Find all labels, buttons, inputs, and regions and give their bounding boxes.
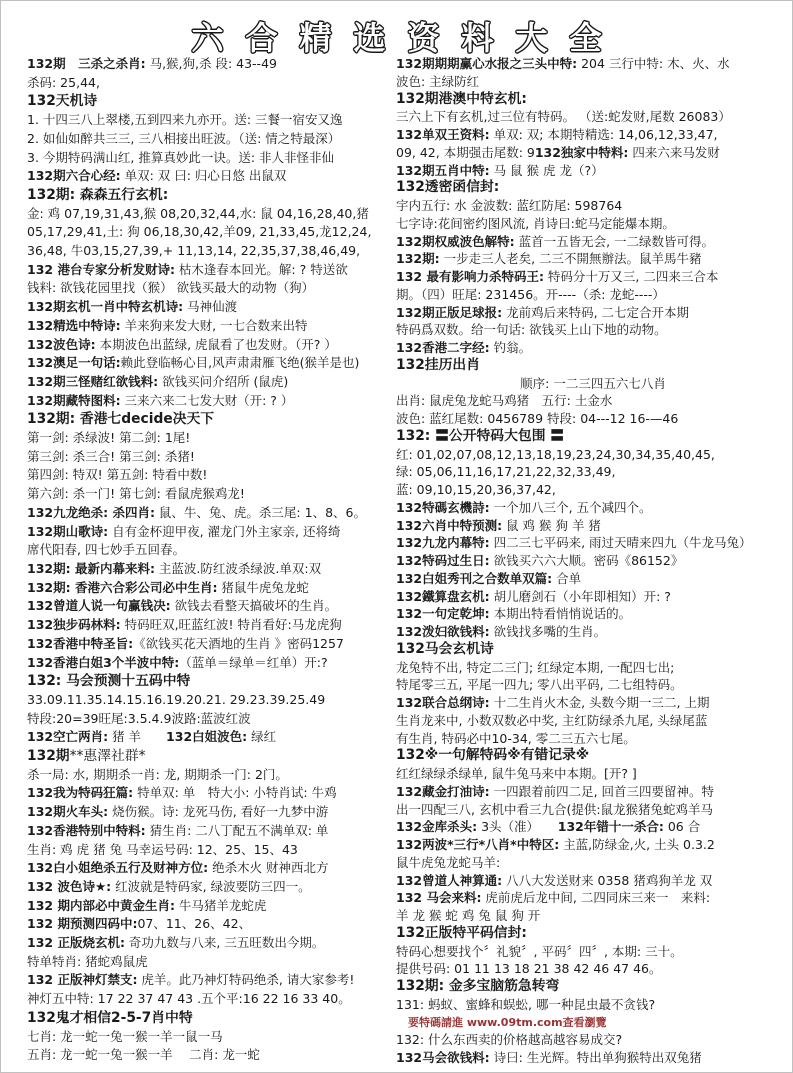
text-line: 132期正版足球报: 龙前鸡后来特码, 二七定合开本期	[396, 304, 790, 322]
line-text: 204 三行中特: 木、火、水	[577, 56, 730, 71]
line-bold-text: 132期期期赢心水报之三头中特:	[396, 56, 577, 71]
text-line: 波色: 主绿防红	[396, 73, 790, 91]
text-line: 132 期预测四码中:07、11、26、42、	[27, 915, 396, 934]
text-line: 132※一句解特码※有错记录※	[396, 747, 790, 765]
text-line: 132挂历出肖	[396, 357, 790, 375]
line-text: 猜生肖: 二八丁配五不满单双: 单	[146, 823, 329, 838]
line-text: 马,猴,狗,杀 段: 43--49	[146, 56, 277, 71]
line-text: 欲钱找多嘴的生肖。	[490, 624, 606, 639]
line-text: 06 合	[664, 819, 700, 834]
line-text: 杀一局: 水, 期期杀一肖: 龙, 期期杀一门: 2门。	[27, 767, 288, 782]
line-text: 鼠牛虎兔龙蛇马羊:	[396, 855, 500, 870]
text-line: 132期六合心经: 单双: 双 曰: 归心日悠 出鼠双	[27, 167, 396, 186]
text-line: 七字诗:花间密约图风流, 肖诗曰:蛇马定能爆本期。	[396, 215, 790, 233]
line-text: 出一四配三八, 玄机中看三九合(提供:鼠龙猴猪兔蛇鸡羊马	[396, 802, 713, 817]
line-text: 枯木逢春本回光。解: ? 特送欲	[175, 262, 348, 277]
line-text: 席代阳春, 四七妙手五回春。	[27, 542, 185, 557]
line-bold-text: 132泼妇欲钱料:	[396, 624, 490, 639]
text-line: 杀码: 25,44,	[27, 74, 396, 93]
line-bold-text: 132期: 金多宝脑筋急转弯	[396, 978, 559, 994]
text-line: 33.09.11.35.14.15.16.19.20.21. 29.23.39.…	[27, 691, 396, 710]
line-text: 一四跟着前四二足, 回首三四要留神。特	[490, 784, 714, 799]
text-line: 132特碼玄機詩: 一个加八三个, 五个减四个。	[396, 499, 790, 517]
text-line: 波色: 蓝红尾数: 0456789 特段: 04---12 16-—46	[396, 410, 790, 428]
line-text: 本期出特看悄悄说话的。	[490, 606, 631, 621]
line-bold-text: 132期六合心经:	[27, 168, 121, 183]
line-text: 波色: 主绿防红	[396, 74, 479, 89]
line-text: （蓝单＝绿单＝红单）开:?	[179, 655, 327, 670]
text-line: 132期五肖中特: 马 鼠 猴 虎 龙（?）	[396, 162, 790, 180]
text-line: 1. 十四三八上翠楼,五到四来九亦开。送: 三餐一宿安又逸	[27, 111, 396, 130]
line-text: 鼠 鸡 猴 狗 羊 猪	[502, 518, 601, 533]
text-line: 2. 如仙如醉共三三, 三八相接出旺波。（送: 情之特最深）	[27, 130, 396, 149]
text-line: 132期: 香港六合彩公司必中生肖: 猪鼠牛虎兔龙蛇	[27, 579, 396, 598]
line-text: 宇内五行: 水 金波数: 蓝红防尾: 598764	[396, 198, 622, 213]
line-bold-text: 132联合总纲诗:	[396, 695, 490, 710]
line-text: 羊 龙 猴 蛇 鸡 兔 鼠 狗 开	[396, 908, 540, 923]
line-text: 132: 什么东西卖的价格越高越容易成交?	[396, 1032, 622, 1047]
line-text: 单双: 双; 本期特精选: 14,06,12,33,47,	[490, 127, 718, 142]
line-text: 龙兔特不出, 特定二三门; 红绿定本期, 一配四七出;	[396, 660, 674, 675]
line-bold-text: 132期五肖中特:	[396, 163, 490, 178]
line-bold-text: 132 期预测四码中:	[27, 916, 137, 931]
text-line: 132九龙内幕特: 四二三七平码来, 雨过天晴来四九（牛龙马兔）	[396, 534, 790, 552]
line-text: 2. 如仙如醉共三三, 三八相接出旺波。（送: 情之特最深）	[27, 131, 340, 146]
line-bold-text: 132曾道人神算通:	[396, 873, 502, 888]
line-text: 欲钱买六六大顺。密码《86152》	[490, 553, 684, 568]
line-bold-text: 132期港澳中特玄机:	[396, 91, 527, 107]
line-bold-text: 132精选中特诗:	[27, 318, 121, 333]
document-page: 六合精选资料大全 132期 三杀之杀肖: 马,猴,狗,杀 段: 43--49杀码…	[0, 0, 793, 1073]
line-text: 马 鼠 猴 虎 龙（?）	[490, 163, 604, 178]
text-line: 132期权威波色解特: 蓝首一五皆无会, 一二绿数皆可得。	[396, 233, 790, 251]
text-line: 132期: 森森五行玄机:	[27, 186, 396, 205]
text-line: 金: 鸡 07,19,31,43,猴 08,20,32,44,水: 鼠 04,1…	[27, 205, 396, 224]
line-text: 自有金杯迎甲夜, 濯龙门外主家亲, 还将绮	[108, 524, 340, 539]
text-line: 132澳足一句话:赖此登临畅心目,风声肃肃雁飞绝(猴羊是也)	[27, 354, 396, 373]
line-text: 八八大发送财来 0358 猪鸡狗羊龙 双	[502, 873, 712, 888]
text-line: 第四剑: 特双! 第五剑: 特看中数!	[27, 466, 396, 485]
line-text: 33.09.11.35.14.15.16.19.20.21. 29.23.39.…	[27, 692, 325, 707]
text-line: 132 波色诗★: 红波就是特码家, 绿波要防三四一。	[27, 878, 396, 897]
line-text: 特尾零三五, 平尾一四九; 零八出平码, 二七组特码。	[396, 677, 683, 692]
line-text: 欲钱买问介绍所 (鼠虎)	[158, 374, 288, 389]
text-line: 生肖: 鸡 虎 猪 兔 马幸运号码: 12、25、15、43	[27, 841, 396, 860]
line-text: 神灯五中特: 17 22 37 47 43 .五个平:16 22 16 33 4…	[27, 991, 351, 1006]
line-bold-text: 132九龙绝杀: 杀四肖:	[27, 505, 155, 520]
line-bold-text: 132期三怪赌红欲钱料:	[27, 374, 158, 389]
text-line: 第一剑: 杀绿波! 第二剑: 1尾!	[27, 429, 396, 448]
text-line: 有生肖, 特码必中10-34, 零二三五六七尾。	[396, 730, 790, 748]
line-bold-text: 132波色诗:	[27, 337, 96, 352]
text-line: 132独步码林料: 特码旺双,旺蓝红波! 特肖看好:马龙虎狗	[27, 616, 396, 635]
line-text: 主蓝,防绿金,火, 土头 0.3.2	[559, 837, 715, 852]
text-line: 132金库杀头: 3头（准） 132年错十一杀合: 06 合	[396, 818, 790, 836]
line-bold-text: 132曾道人说一句赢钱决:	[27, 598, 171, 613]
line-text: 3. 今期特码满山红, 推算真妙此一诀。送: 非人非怪非仙	[27, 150, 334, 165]
content-columns: 132期 三杀之杀肖: 马,猴,狗,杀 段: 43--49杀码: 25,44,1…	[1, 55, 792, 1067]
text-line: 132马会欲钱料: 诗曰: 生光辉。特出单狗猴特出双兔猪	[396, 1049, 790, 1067]
line-text: 出肖: 鼠虎兔龙蛇马鸡猪 五行: 土金水	[396, 393, 612, 408]
text-line: 席代阳春, 四七妙手五回春。	[27, 541, 396, 560]
text-line: 132 期内部必中黄金生肖: 牛马猪羊龙蛇虎	[27, 897, 396, 916]
text-line: 蓝: 09,10,15,20,36,37,42,	[396, 481, 790, 499]
line-bold-text: 132 马会来料:	[396, 890, 481, 905]
line-text: 单双: 双 曰: 归心日悠 出鼠双	[121, 168, 287, 183]
text-line: 132 港台专家分析发财诗: 枯木逢春本回光。解: ? 特送欲	[27, 261, 396, 280]
line-text: 第四剑: 特双! 第五剑: 特看中数!	[27, 467, 207, 482]
line-text: 一步走三人老矣, 二三不開無辦法。鼠羊馬牛豬	[440, 251, 702, 266]
line-text: 三六上下有玄机,过三位有特码。 （送:蛇发财,尾数 26083）	[396, 109, 731, 124]
text-line: 132藏金打油诗: 一四跟着前四二足, 回首三四要留神。特	[396, 783, 790, 801]
line-bold-text: 132期 三杀之杀肖:	[27, 56, 146, 71]
line-text: 有生肖, 特码必中10-34, 零二三五六七尾。	[396, 731, 636, 746]
text-line: 132精选中特诗: 羊来狗来发大财, 一七合数来出特	[27, 317, 396, 336]
text-line: 绿: 05,06,11,16,17,21,22,32,33,49,	[396, 463, 790, 481]
line-text: 特码旺双,旺蓝红波! 特肖看好:马龙虎狗	[121, 617, 342, 632]
line-bold-text: 132香港二字经:	[396, 340, 490, 355]
text-line: 132: 什么东西卖的价格越高越容易成交?	[396, 1031, 790, 1049]
line-text: 虎前虎后龙中间, 二四同床三来一 来料:	[481, 890, 710, 905]
line-bold-text: 132我为特码狂篇:	[27, 785, 133, 800]
line-bold-text: 132六肖中特预测:	[396, 518, 502, 533]
line-bold-text: 132空亡两肖:	[27, 729, 108, 744]
line-bold-text: 132特码过生日:	[396, 553, 490, 568]
line-bold-text: 132白小姐绝杀五行及财神方位:	[27, 860, 208, 875]
line-text: 特码爲双数。给一句话: 欲钱买上山下地的动物。	[396, 322, 667, 337]
text-line: 36,48, 牛03,15,27,39,+ 11,13,14, 22,35,37…	[27, 242, 396, 261]
line-bold-text: 132期山歌诗:	[27, 524, 108, 539]
line-text: 波色: 蓝红尾数: 0456789 特段: 04---12 16-—46	[396, 411, 678, 426]
line-text: 期。（四）旺尾: 231456。开----（杀: 龙蛇----）	[396, 287, 665, 302]
text-line: 杀一局: 水, 期期杀一肖: 龙, 期期杀一门: 2门。	[27, 766, 396, 785]
text-line: 特码爲双数。给一句话: 欲钱买上山下地的动物。	[396, 321, 790, 339]
line-text: 1. 十四三八上翠楼,五到四来九亦开。送: 三餐一宿安又逸	[27, 112, 343, 127]
line-text: 三来六来二七发大财（开: ? ）	[121, 393, 294, 408]
line-bold-text: 132一句定乾坤:	[396, 606, 490, 621]
text-line: 132期期期赢心水报之三头中特: 204 三行中特: 木、火、水	[396, 55, 790, 73]
text-line: 132期山歌诗: 自有金杯迎甲夜, 濯龙门外主家亲, 还将绮	[27, 523, 396, 542]
text-line: 132马会玄机诗	[396, 641, 790, 659]
text-line: 132六肖中特预测: 鼠 鸡 猴 狗 羊 猪	[396, 517, 790, 535]
line-text: 第六剑: 杀一门! 第七剑: 看鼠虎猴鸡龙!	[27, 486, 245, 501]
text-line: 132期: 金多宝脑筋急转弯	[396, 978, 790, 996]
line-text: 虎羊。此乃神灯特码绝杀, 请大家参考!	[137, 972, 354, 987]
left-column: 132期 三杀之杀肖: 马,猴,狗,杀 段: 43--49杀码: 25,44,1…	[27, 55, 396, 1065]
line-bold-text: 132挂历出肖	[396, 357, 480, 373]
text-line: 顺序: 一二三四五六七八肖	[396, 375, 790, 393]
text-line: 131: 蚂蚁、蜜蜂和蜈蚣, 哪一种昆虫最不贪钱?	[396, 996, 790, 1014]
line-bold-text: 132年错十一杀合:	[558, 819, 664, 834]
line-text: 绿: 05,06,11,16,17,21,22,32,33,49,	[396, 464, 615, 479]
text-line: 龙兔特不出, 特定二三门; 红绿定本期, 一配四七出;	[396, 659, 790, 677]
line-text: 七字诗:花间密约图风流, 肖诗曰:蛇马定能爆本期。	[396, 216, 675, 231]
line-text: 杀码: 25,44,	[27, 75, 100, 90]
text-line: 132 马会来料: 虎前虎后龙中间, 二四同床三来一 来料:	[396, 889, 790, 907]
line-text: 欲钱去看整天搞破坏的生肖。	[171, 598, 337, 613]
line-text: 生肖: 鸡 虎 猪 兔 马幸运号码: 12、25、15、43	[27, 842, 298, 857]
line-text: 合单	[552, 571, 581, 586]
line-bold-text: 132期火车头:	[27, 804, 108, 819]
text-line: 132香港二字经: 钓翁。	[396, 339, 790, 357]
page-title: 六合精选资料大全	[1, 1, 792, 55]
line-bold-text: 132 港台专家分析发财诗:	[27, 262, 175, 277]
text-line: 132期藏特图料: 三来六来二七发大财（开: ? ）	[27, 392, 396, 411]
line-text: 赖此登临畅心目,风声肃肃雁飞绝(猴羊是也)	[121, 355, 360, 370]
text-line: 神灯五中特: 17 22 37 47 43 .五个平:16 22 16 33 4…	[27, 990, 396, 1009]
line-text: 烧伤猴。诗: 龙死马伤, 看好一九梦中游	[108, 804, 328, 819]
text-line: 132: 马会预测十五码中特	[27, 672, 396, 691]
text-line: 132期: 一步走三人老矣, 二三不開無辦法。鼠羊馬牛豬	[396, 250, 790, 268]
line-bold-text: 132透密函信封:	[396, 179, 499, 195]
line-text: 龙前鸡后来特码, 二七定合开本期	[502, 305, 689, 320]
line-bold-text: 132期: 森森五行玄机:	[27, 187, 168, 203]
text-line: 特码心想要找个〞礼貌〞, 平码〞四〞, 本期: 三十。	[396, 943, 790, 961]
line-bold-text: 132 正版神灯禁支:	[27, 972, 137, 987]
text-line: 第三剑: 杀三合! 第三剑: 杀猪!	[27, 448, 396, 467]
text-line: 出一四配三八, 玄机中看三九合(提供:鼠龙猴猪兔蛇鸡羊马	[396, 801, 790, 819]
line-text: 十二生肖火木金, 头数今期一三二, 上期	[490, 695, 710, 710]
line-text: 一个加八三个, 五个减四个。	[490, 500, 652, 515]
text-line: 132单双王资料: 单双: 双; 本期特精选: 14,06,12,33,47,	[396, 126, 790, 144]
text-line: 132空亡两肖: 猪 羊 132白姐波色: 绿红	[27, 728, 396, 747]
line-text: 特段:20=39旺尾:3.5.4.9波路:蓝波红波	[27, 711, 251, 726]
text-line: 132香港中特圣旨:《欲钱买花天酒地的生肖 》密码1257	[27, 635, 396, 654]
text-line: 132波色诗: 本期波色出蓝绿, 虎鼠看了也发财。（开? ）	[27, 336, 396, 355]
line-bold-text: 132: 马会预测十五码中特	[27, 673, 190, 689]
line-text: 07、11、26、42、	[137, 916, 251, 931]
line-text: 提供号码: 01 11 13 18 21 38 42 46 47 46。	[396, 961, 662, 976]
text-line: 132正版特平码信封:	[396, 925, 790, 943]
text-line: 羊 龙 猴 蛇 鸡 兔 鼠 狗 开	[396, 907, 790, 925]
text-line: 生肖龙来中, 小数双数必中奖, 主红防绿杀九尾, 头绿尾蓝	[396, 712, 790, 730]
text-line: 宇内五行: 水 金波数: 蓝红防尾: 598764	[396, 197, 790, 215]
line-text: 生肖龙来中, 小数双数必中奖, 主红防绿杀九尾, 头绿尾蓝	[396, 713, 707, 728]
text-line: 红红绿绿杀绿单, 鼠牛兔马来中本期。[开? ]	[396, 765, 790, 783]
line-text: 特码分十万又三, 二四来三合本	[544, 269, 718, 284]
line-text: 红: 01,02,07,08,12,13,18,19,23,24,30,34,3…	[396, 447, 715, 462]
line-text: 特码心想要找个〞礼貌〞, 平码〞四〞, 本期: 三十。	[396, 944, 683, 959]
line-bold-text: 132马会玄机诗	[396, 641, 494, 657]
line-text: 猪 羊	[108, 729, 166, 744]
line-text: 09, 42, 本期强击尾数: 9	[396, 145, 535, 160]
line-bold-text: 132白姐秀刊之合数单双篇:	[396, 571, 552, 586]
line-bold-text: 132鐵算盘玄机:	[396, 589, 490, 604]
line-text: 金: 鸡 07,19,31,43,猴 08,20,32,44,水: 鼠 04,1…	[27, 206, 369, 221]
line-bold-text: 132特碼玄機詩:	[396, 500, 490, 515]
website-promo-line: 要特碼請進 www.09tm.com查看瀏覽	[396, 1014, 790, 1032]
line-text: 奇功九数与八来, 三五旺数出今期。	[125, 935, 324, 950]
text-line: 132鐵算盘玄机: 胡儿磨剑石（小年即相知）开: ?	[396, 588, 790, 606]
text-line: 132我为特码狂篇: 特单双: 单 特大小: 小特肖试: 牛鸡	[27, 784, 396, 803]
line-text: 红红绿绿杀绿单, 鼠牛兔马来中本期。[开? ]	[396, 766, 637, 781]
line-bold-text: 132香港特别中特料:	[27, 823, 146, 838]
line-bold-text: 132香港中特圣旨:	[27, 636, 133, 651]
right-column: 132期期期赢心水报之三头中特: 204 三行中特: 木、火、水波色: 主绿防红…	[396, 55, 790, 1067]
text-line: 132期港澳中特玄机:	[396, 91, 790, 109]
line-text: 第一剑: 杀绿波! 第二剑: 1尾!	[27, 430, 190, 445]
line-bold-text: 要特碼請進 www.09tm.com查看瀏覽	[408, 1016, 607, 1029]
text-line: 132鬼才相信2-5-7肖中特	[27, 1009, 396, 1028]
line-text: 绿红	[247, 729, 276, 744]
text-line: 五肖: 龙一蛇一兔一猴一羊 二肖: 龙一蛇	[27, 1046, 396, 1065]
line-bold-text: 132单双王资料:	[396, 127, 490, 142]
line-bold-text: 132期正版足球报:	[396, 305, 502, 320]
line-bold-text: 132 最有影响力杀特码王:	[396, 269, 544, 284]
text-line: 特段:20=39旺尾:3.5.4.9波路:蓝波红波	[27, 710, 396, 729]
text-line: 三六上下有玄机,过三位有特码。 （送:蛇发财,尾数 26083）	[396, 108, 790, 126]
text-line: 132 正版烧玄机: 奇功九数与八来, 三五旺数出今期。	[27, 934, 396, 953]
text-line: 132特码过生日: 欲钱买六六大顺。密码《86152》	[396, 552, 790, 570]
line-bold-text: 132 波色诗★:	[27, 879, 111, 894]
text-line: 132: 〓公开特码大包围 〓	[396, 428, 790, 446]
line-text: 红波就是特码家, 绿波要防三四一。	[111, 879, 310, 894]
line-text: 马神仙渡	[183, 299, 237, 314]
line-text: 五肖: 龙一蛇一兔一猴一羊 二肖: 龙一蛇	[27, 1047, 260, 1062]
line-bold-text: 132九龙内幕特:	[396, 535, 490, 550]
text-line: 132两波*三行*八肖*中特区: 主蓝,防绿金,火, 土头 0.3.2	[396, 836, 790, 854]
line-bold-text: 132正版特平码信封:	[396, 925, 527, 941]
line-bold-text: 132鬼才相信2-5-7肖中特	[27, 1010, 193, 1026]
text-line: 132期三怪赌红欲钱料: 欲钱买问介绍所 (鼠虎)	[27, 373, 396, 392]
line-text: 特单特肖: 猪蛇鸡鼠虎	[27, 954, 148, 969]
line-bold-text: 132天机诗	[27, 93, 97, 109]
line-bold-text: 132期玄机一肖中特玄机诗:	[27, 299, 183, 314]
line-bold-text: 132: 〓公开特码大包围 〓	[396, 428, 564, 444]
text-line: 132期火车头: 烧伤猴。诗: 龙死马伤, 看好一九梦中游	[27, 803, 396, 822]
text-line: 132期: 最新内幕来料: 主蓝波.防红波杀绿波.单双:双	[27, 560, 396, 579]
line-bold-text: 132※一句解特码※有错记录※	[396, 747, 589, 763]
line-bold-text: 132藏金打油诗:	[396, 784, 490, 799]
line-text: 蓝: 09,10,15,20,36,37,42,	[396, 482, 556, 497]
text-line: 七肖: 龙一蛇一兔一猴一羊一鼠一马	[27, 1028, 396, 1047]
line-bold-text: 132期:	[396, 251, 440, 266]
line-bold-text: 132金库杀头:	[396, 819, 477, 834]
line-text: 四二三七平码来, 雨过天晴来四九（牛龙马兔）	[490, 535, 752, 550]
line-text: 诗曰: 生光辉。特出单狗猴特出双兔猪	[490, 1050, 702, 1065]
text-line: 132香港特别中特料: 猜生肖: 二八丁配五不满单双: 单	[27, 822, 396, 841]
line-text: 顺序: 一二三四五六七八肖	[520, 376, 666, 391]
line-text: 主蓝波.防红波杀绿波.单双:双	[155, 561, 321, 576]
line-text: **惠澤社群*	[70, 748, 146, 764]
line-bold-text: 132期	[27, 748, 70, 764]
line-text: 猪鼠牛虎兔龙蛇	[217, 580, 308, 595]
line-text: 羊来狗来发大财, 一七合数来出特	[121, 318, 308, 333]
text-line: 132期玄机一肖中特玄机诗: 马神仙渡	[27, 298, 396, 317]
text-line: 期。（四）旺尾: 231456。开----（杀: 龙蛇----）	[396, 286, 790, 304]
text-line: 132期 三杀之杀肖: 马,猴,狗,杀 段: 43--49	[27, 55, 396, 74]
line-bold-text: 132两波*三行*八肖*中特区:	[396, 837, 559, 852]
line-bold-text: 132独步码林料:	[27, 617, 121, 632]
line-bold-text: 132期: 香港七decide决天下	[27, 411, 214, 427]
text-line: 出肖: 鼠虎兔龙蛇马鸡猪 五行: 土金水	[396, 392, 790, 410]
text-line: 09, 42, 本期强击尾数: 9132独家中特料: 四来六来马发财	[396, 144, 790, 162]
line-text: 36,48, 牛03,15,27,39,+ 11,13,14, 22,35,37…	[27, 243, 360, 258]
line-text: 《欲钱买花天酒地的生肖 》密码1257	[133, 636, 344, 651]
line-text: 蓝首一五皆无会, 一二绿数皆可得。	[515, 234, 714, 249]
line-text: 3头（准）	[477, 819, 558, 834]
line-text: 第三剑: 杀三合! 第三剑: 杀猪!	[27, 449, 195, 464]
line-text: 钓翁。	[490, 340, 531, 355]
line-text: 钱料: 欲钱花园里找（猴） 欲钱买最大的动物（狗）	[27, 280, 314, 295]
line-text: 本期波色出蓝绿, 虎鼠看了也发财。（开? ）	[96, 337, 337, 352]
line-bold-text: 132独家中特料:	[535, 145, 629, 160]
line-text: 牛马猪羊龙蛇虎	[175, 898, 266, 913]
text-line: 132香港白姐3个半波中特:（蓝单＝绿单＝红单）开:?	[27, 654, 396, 673]
text-line: 第六剑: 杀一门! 第七剑: 看鼠虎猴鸡龙!	[27, 485, 396, 504]
line-bold-text: 132 正版烧玄机:	[27, 935, 125, 950]
line-bold-text: 132期权威波色解特:	[396, 234, 515, 249]
line-text: 绝杀木火 财神西北方	[208, 860, 328, 875]
text-line: 132联合总纲诗: 十二生肖火木金, 头数今期一三二, 上期	[396, 694, 790, 712]
text-line: 132透密函信封:	[396, 179, 790, 197]
text-line: 特单特肖: 猪蛇鸡鼠虎	[27, 953, 396, 972]
text-line: 132 最有影响力杀特码王: 特码分十万又三, 二四来三合本	[396, 268, 790, 286]
text-line: 提供号码: 01 11 13 18 21 38 42 46 47 46。	[396, 960, 790, 978]
text-line: 132曾道人神算通: 八八大发送财来 0358 猪鸡狗羊龙 双	[396, 872, 790, 890]
line-bold-text: 132期: 香港六合彩公司必中生肖:	[27, 580, 217, 595]
text-line: 3. 今期特码满山红, 推算真妙此一诀。送: 非人非怪非仙	[27, 149, 396, 168]
text-line: 132白姐秀刊之合数单双篇: 合单	[396, 570, 790, 588]
text-line: 132 正版神灯禁支: 虎羊。此乃神灯特码绝杀, 请大家参考!	[27, 971, 396, 990]
hk-seven-header: 132期: 香港七decide决天下	[27, 410, 396, 429]
text-line: 红: 01,02,07,08,12,13,18,19,23,24,30,34,3…	[396, 446, 790, 464]
text-line: 132一句定乾坤: 本期出特看悄悄说话的。	[396, 605, 790, 623]
line-text: 鼠、牛、兔、虎。杀三尾: 1、8、6。	[155, 505, 366, 520]
text-line: 05,17,29,41,土: 狗 06,18,30,42,羊09, 21,33,…	[27, 223, 396, 242]
text-line: 132曾道人说一句赢钱决: 欲钱去看整天搞破坏的生肖。	[27, 597, 396, 616]
text-line: 钱料: 欲钱花园里找（猴） 欲钱买最大的动物（狗）	[27, 279, 396, 298]
text-line: 132期**惠澤社群*	[27, 747, 396, 766]
line-text: 四来六来马发财	[628, 145, 719, 160]
line-bold-text: 132澳足一句话:	[27, 355, 121, 370]
text-line: 132天机诗	[27, 92, 396, 111]
line-text: 胡儿磨剑石（小年即相知）开: ?	[490, 589, 671, 604]
line-bold-text: 132马会欲钱料:	[396, 1050, 490, 1065]
text-line: 132九龙绝杀: 杀四肖: 鼠、牛、兔、虎。杀三尾: 1、8、6。	[27, 504, 396, 523]
line-bold-text: 132白姐波色:	[166, 729, 247, 744]
line-bold-text: 132期: 最新内幕来料:	[27, 561, 155, 576]
text-line: 132白小姐绝杀五行及财神方位: 绝杀木火 财神西北方	[27, 859, 396, 878]
text-line: 鼠牛虎兔龙蛇马羊:	[396, 854, 790, 872]
line-text: 七肖: 龙一蛇一兔一猴一羊一鼠一马	[27, 1029, 223, 1044]
line-bold-text: 132香港白姐3个半波中特:	[27, 655, 179, 670]
line-text: 05,17,29,41,土: 狗 06,18,30,42,羊09, 21,33,…	[27, 224, 371, 239]
line-bold-text: 132期藏特图料:	[27, 393, 121, 408]
line-text: 131: 蚂蚁、蜜蜂和蜈蚣, 哪一种昆虫最不贪钱?	[396, 997, 655, 1012]
line-text: 特单双: 单 特大小: 小特肖试: 牛鸡	[133, 785, 337, 800]
text-line: 特尾零三五, 平尾一四九; 零八出平码, 二七组特码。	[396, 676, 790, 694]
line-bold-text: 132 期内部必中黄金生肖:	[27, 898, 175, 913]
text-line: 132泼妇欲钱料: 欲钱找多嘴的生肖。	[396, 623, 790, 641]
